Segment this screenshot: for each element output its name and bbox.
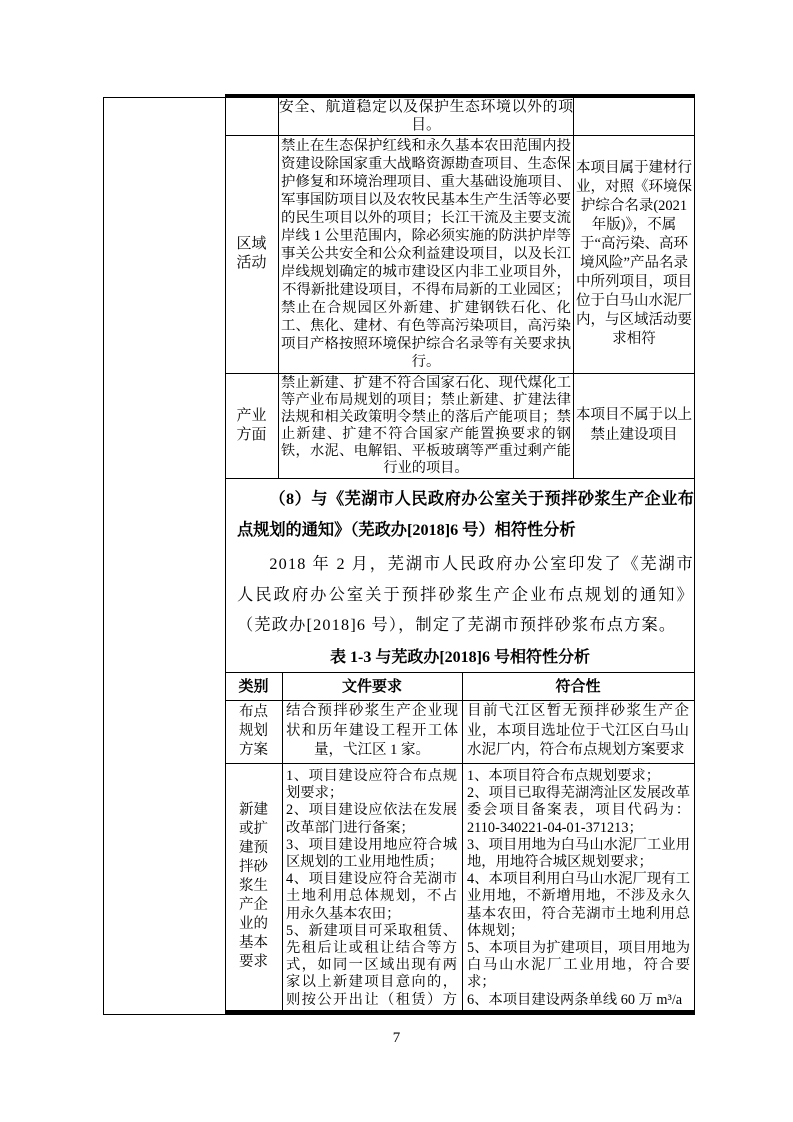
list-item: 5、本项目为扩建项目，项目用地为白马山水泥厂工业用地，符合要求；	[467, 940, 690, 992]
row2-category: 新建或扩建预拌砂浆生产企业的基本要求	[239, 801, 268, 972]
row2-compliance-list: 1、本项目符合布点规划要求；2、项目已取得芜湖湾沚区发展改革委会项目备案表，项目…	[467, 768, 690, 1009]
border-line	[462, 672, 463, 1011]
list-item: 2、项目已取得芜湖湾沚区发展改革委会项目备案表，项目代码为：2110-34022…	[467, 785, 690, 837]
border-line	[278, 97, 279, 478]
border-line	[282, 672, 283, 1011]
list-item: 4、本项目利用白马山水泥厂现有工业用地，不新增用地，不涉及永久基本农田，符合芜湖…	[467, 871, 690, 940]
column-header-compliance: 符合性	[463, 675, 693, 699]
policy-row2-label-cell: 产业方面	[226, 374, 277, 477]
border-line	[225, 700, 695, 701]
list-item: 3、项目用地为白马山水泥厂工业用地，用地符合城区规划要求；	[467, 837, 690, 871]
row1-requirement: 结合预拌砂浆生产企业现状和历年建设工程开工体量，弋江区 1 家。	[286, 702, 458, 762]
section-paragraph: 2018 年 2 月，芜湖市人民政府办公室印发了《芜湖市人民政府办公室关于预拌砂…	[237, 549, 694, 641]
border-line	[225, 672, 695, 673]
policy-row1-label-cell: 区域活动	[226, 136, 277, 372]
list-item: 6、本项目建设两条单线 60 万 m³/a	[467, 992, 690, 1009]
list-item: 3、项目建设用地应符合城区规划的工业用地性质；	[286, 837, 457, 871]
table-row: 布点规划方案	[226, 701, 281, 762]
page-number: 7	[0, 1030, 793, 1047]
border-line	[103, 97, 104, 1015]
policy-row2-comment: 本项目不属于以上禁止建设项目	[575, 406, 693, 445]
table-1-3-title: 表 1-3 与芜政办[2018]6 号相符性分析	[225, 644, 695, 667]
list-item: 1、项目建设应符合布点规划要求；	[286, 768, 457, 802]
policy-row1-label: 区域活动	[237, 235, 267, 273]
column-header-category: 类别	[226, 675, 281, 699]
section-heading: （8）与《芜湖市人民政府办公室关于预拌砂浆生产企业布点规划的通知》（芜政办[20…	[237, 484, 694, 546]
border-line	[225, 478, 695, 479]
row2-requirement-list: 1、项目建设应符合布点规划要求；2、项目建设应依法在发展改革部门进行备案；3、项…	[286, 768, 457, 1009]
border-line	[225, 763, 695, 764]
column-header-requirement: 文件要求	[283, 675, 461, 699]
policy-row2-label: 产业方面	[237, 407, 267, 445]
table-row: 新建或扩建预拌砂浆生产企业的基本要求	[226, 764, 281, 1009]
policy-row1-content: 禁止在生态保护红线和永久基本农田范围内投资建设除国家重大战略资源勘查项目、生态保…	[281, 137, 571, 371]
policy-row1-comment: 本项目属于建材行业，对照《环境保护综合名录(2021 年版)》，不属于“高污染、…	[575, 159, 693, 349]
border-line	[103, 1014, 695, 1015]
policy-row0-content: 安全、航道稳定以及保护生态环境以外的项目。	[279, 99, 573, 134]
policy-row1-comment-cell: 本项目属于建材行业，对照《环境保护综合名录(2021 年版)》，不属于“高污染、…	[575, 136, 693, 372]
border-line	[694, 97, 695, 1015]
list-item: 5、新建项目可采取租赁、先租后让或租让结合等方式，如同一区域出现有两家以上新建项…	[286, 923, 457, 1009]
row1-compliance: 目前弋江区暂无预拌砂浆生产企业，本项目选址位于弋江区白马山水泥厂内，符合布点规划…	[467, 702, 689, 762]
policy-row2-content: 禁止新建、扩建不符合国家石化、现代煤化工等产业布局规划的项目；禁止新建、扩建法律…	[281, 375, 571, 477]
border-line	[573, 97, 574, 478]
page-break-thick-line	[225, 94, 695, 98]
list-item: 2、项目建设应依法在发展改革部门进行备案；	[286, 802, 457, 836]
policy-row2-comment-cell: 本项目不属于以上禁止建设项目	[575, 374, 693, 477]
row1-category: 布点规划方案	[239, 703, 268, 760]
list-item: 1、本项目符合布点规划要求；	[467, 768, 690, 785]
list-item: 4、项目建设应符合芜湖市土地利用总体规划，不占用永久基本农田；	[286, 871, 457, 923]
document-page: 安全、航道稳定以及保护生态环境以外的项目。 区域活动 禁止在生态保护红线和永久基…	[0, 0, 793, 1122]
